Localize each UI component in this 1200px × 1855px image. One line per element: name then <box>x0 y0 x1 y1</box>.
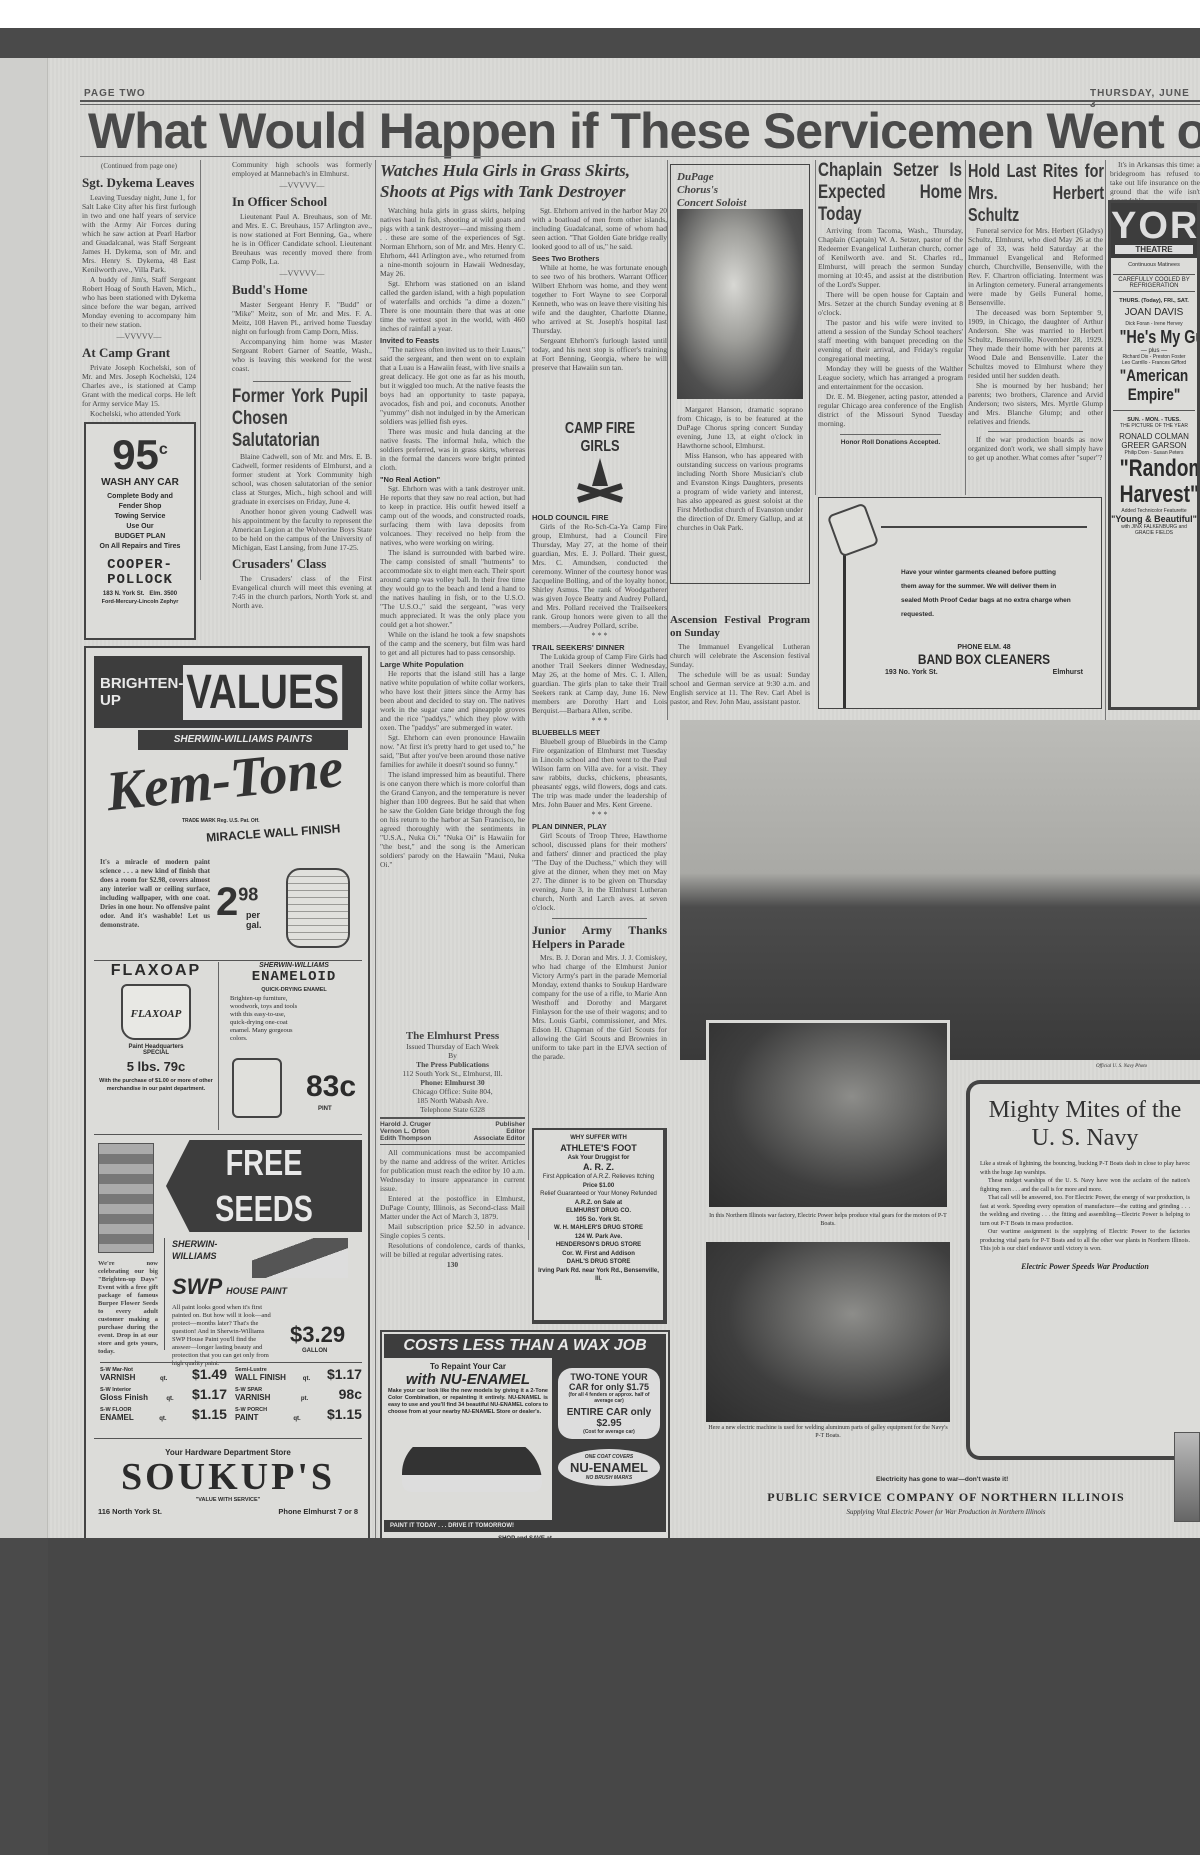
price-row: S-W InteriorGloss Finishqt.$1.17 <box>100 1386 227 1402</box>
story-paragraph: A buddy of Jim's, Staff Sergeant Robert … <box>82 275 196 329</box>
separator: —VVVVV— <box>232 269 372 278</box>
story-headline: Crusaders' Class <box>232 556 372 572</box>
york-theatre-ad: YORK THEATRE Continuous Matinees CAREFUL… <box>1108 200 1200 710</box>
publication-masthead: The Elmhurst Press Issued Thursday of Ea… <box>380 1030 525 1269</box>
rule <box>164 1238 165 1350</box>
story-headline: Junior Army Thanks Helpers in Parade <box>532 923 667 951</box>
story-headline: Hold Last Rites for Mrs. Herbert Schultz <box>968 160 1104 226</box>
utility-tagline: Supplying Vital Electric Power for War P… <box>736 1508 1156 1516</box>
car-illustration <box>402 1436 542 1492</box>
column-rule <box>200 160 201 580</box>
scan-bottom-border <box>48 1538 1200 1855</box>
conservation-note: Electricity has gone to war—don't waste … <box>876 1476 1008 1483</box>
photo-caption: Here a new electric machine is used for … <box>706 1424 950 1440</box>
separator: —VVVVV— <box>82 332 196 341</box>
column-rule <box>965 160 966 495</box>
column-rule <box>667 160 668 720</box>
story-paragraph: Funeral service for Mrs. Herbert (Gladys… <box>968 226 1103 307</box>
column-1: (Continued from page one) Sgt. Dykema Le… <box>82 162 196 419</box>
price-row: S-W Mar-NotVARNISHqt.$1.49 <box>100 1366 227 1382</box>
hula-headline: Watches Hula Girls in Grass Skirts, Shoo… <box>380 160 670 202</box>
factory-photo-1 <box>706 1020 950 1210</box>
price-list: S-W Mar-NotVARNISHqt.$1.49 Semi-LustreWA… <box>100 1366 362 1422</box>
nu-enamel-banner: COSTS LESS THAN A WAX JOB <box>384 1334 666 1358</box>
kem-tone-desc: It's a miracle of modern paint science .… <box>100 858 210 930</box>
club-news: HOLD COUNCIL FIRE Girls of the Ro-Sch-Ca… <box>532 510 667 1062</box>
story-paragraph: Master Sergeant Henry F. "Budd" or "Mike… <box>232 300 372 336</box>
filler-paragraph: If the war production boards as now orga… <box>968 435 1103 462</box>
photo-caption: In this Northern Illinois war factory, E… <box>706 1212 950 1228</box>
mighty-mites-panel: Mighty Mites of the U. S. Navy Like a st… <box>966 1080 1200 1460</box>
paint-jar-icon <box>286 868 350 948</box>
car-wash-services: Complete Body andFender ShopTowing Servi… <box>90 492 190 552</box>
story-paragraph: Sgt. Ehrhorn can even pronounce Hawaiin … <box>380 733 525 769</box>
subhead: Large White Population <box>380 660 525 669</box>
story-paragraph: The island impressed him as beautiful. T… <box>380 770 525 869</box>
flaxoap-can-icon: FLAXOAP <box>121 984 191 1040</box>
house-illustration <box>252 1238 348 1278</box>
story-headline: At Camp Grant <box>82 345 196 361</box>
band-box-text: Have your winter garments cleaned before… <box>901 566 1071 622</box>
trademark: TRADE MARK Reg. U.S. Pat. Off. <box>182 818 260 824</box>
honor-roll-note: Honor Roll Donations Accepted. <box>818 439 963 446</box>
story-paragraph: Another honor given young Cadwell was hi… <box>232 507 372 552</box>
story-paragraph: Mrs. B. J. Doran and Mrs. J. J. Comiskey… <box>532 953 667 1061</box>
story-paragraph: There will be open house for Captain and… <box>818 290 963 317</box>
band-box-ad: Have your winter garments cleaned before… <box>818 497 1102 709</box>
story-paragraph: Girls of the Ro-Sch-Ca-Ya Camp Fire grou… <box>532 522 667 630</box>
ad-title: Mighty Mites of the U. S. Navy <box>980 1096 1190 1152</box>
story-paragraph: Sgt. Ehrhorn was with a tank destroyer u… <box>380 484 525 547</box>
subhead: PLAN DINNER, PLAY <box>532 822 667 831</box>
price-unit: per gal. <box>246 910 270 930</box>
seed-packets-image <box>98 1143 154 1253</box>
subhead: Sees Two Brothers <box>532 254 667 263</box>
flaxoap-section: FLAXOAP FLAXOAP Paint Headquarters SPECI… <box>94 962 219 1130</box>
pt-boats-photo <box>680 720 1200 1060</box>
story-paragraph: The Crusaders' class of the First Evange… <box>232 574 372 610</box>
pt-boat-ad: Official U. S. Navy Photo In this Northe… <box>676 712 1200 1618</box>
story-paragraph: Private Joseph Kochelski, son of Mr. and… <box>82 363 196 408</box>
subhead: "No Real Action" <box>380 475 525 484</box>
hula-story-col-b: Sgt. Ehrhorn arrived in the harbor May 2… <box>532 206 667 373</box>
story-paragraph: The Lukida group of Camp Fire Girls had … <box>532 652 667 715</box>
ascension-story: Ascension Festival Program on Sunday The… <box>670 610 810 707</box>
story-paragraph: Bluebell group of Bluebirds in the Camp … <box>532 737 667 809</box>
story-paragraph: The pastor and his wife were invited to … <box>818 318 963 363</box>
kem-tone-tagline: MIRACLE WALL FINISH <box>206 821 341 844</box>
folio-left: PAGE TWO <box>84 88 146 99</box>
column-rule <box>528 300 529 1240</box>
athletes-foot-ad: WHY SUFFER WITH ATHLETE'S FOOT Ask Your … <box>532 1128 667 1324</box>
story-paragraph: Leaving Tuesday night, June 1, for Salt … <box>82 193 196 274</box>
rule <box>94 960 362 961</box>
staff-list: Harold J. CrugerPublisher Vernon L. Orto… <box>380 1117 525 1145</box>
story-paragraph: Dr. E. M. Biegener, acting pastor, atten… <box>818 392 963 428</box>
story-paragraph: Sergeant Ehrhorn's furlough lasted until… <box>532 336 667 372</box>
story-paragraph: Community high schools was formerly empl… <box>232 160 372 178</box>
subhead: HOLD COUNCIL FIRE <box>532 513 667 522</box>
brighten-up-banner: BRIGHTEN-UP VALUES <box>94 656 362 728</box>
soloist-portrait <box>677 209 803 399</box>
nu-enamel-footer: PAINT IT TODAY . . . DRIVE IT TOMORROW! <box>384 1520 666 1532</box>
story-paragraph: Accompanying him home was Master Sergean… <box>232 337 372 373</box>
campfire-icon <box>570 456 630 506</box>
price-row: Semi-LustreWALL FINISHqt.$1.17 <box>235 1366 362 1382</box>
car-wash-ad: 95c WASH ANY CAR Complete Body andFender… <box>84 422 196 640</box>
story-paragraph: Sgt. Ehrhorn arrived in the harbor May 2… <box>532 206 667 251</box>
story-headline: Budd's Home <box>232 282 372 298</box>
rule <box>94 1438 362 1439</box>
rule <box>100 1362 362 1363</box>
headline-rule <box>80 156 1200 157</box>
story-paragraph: While at home, he was fortunate enough t… <box>532 263 667 335</box>
filler-paragraph: It's in Arkansas this time: a bridegroom… <box>1110 160 1200 205</box>
story-paragraph: She is mourned by her husband; her paren… <box>968 381 1103 426</box>
story-paragraph: Watching hula girls in grass skirts, hel… <box>380 206 525 278</box>
schultz-story: Hold Last Rites for Mrs. Herbert Schultz… <box>968 160 1103 463</box>
dealer-address: 183 N. York St. Elm. 3500 <box>90 591 190 597</box>
price-row: S-W PORCHPAINTqt.$1.15 <box>235 1406 362 1422</box>
story-paragraph: The Immanuel Evangelical Lutheran church… <box>670 642 810 669</box>
car-wash-price: 95c <box>90 430 190 475</box>
ad-slogan: Electric Power Speeds War Production <box>980 1262 1190 1271</box>
camp-fire-girls-logo: CAMP FIRE GIRLS <box>535 420 665 500</box>
story-paragraph: Girl Scouts of Troop Three, Hawthorne sc… <box>532 831 667 912</box>
story-paragraph: Lieutenant Paul A. Breuhaus, son of Mr. … <box>232 212 372 266</box>
subhead: Invited to Feasts <box>380 336 525 345</box>
story-paragraph: Sgt. Ehrhorn was stationed on an island … <box>380 279 525 333</box>
separator: —VVVVV— <box>232 181 372 190</box>
photo-caption: Margaret Hanson, dramatic soprano from C… <box>677 405 803 450</box>
dealer-name: COOPER-POLLOCK <box>90 558 190 588</box>
free-seeds-desc: We're now celebrating our big "Brighten-… <box>98 1260 158 1356</box>
subhead: BLUEBELLS MEET <box>532 728 667 737</box>
rule <box>253 381 351 382</box>
story-paragraph: The schedule will be as usual: Sunday sc… <box>670 670 810 706</box>
story-paragraph: While on the island he took a few snapsh… <box>380 630 525 657</box>
chaplain-story: Chaplain Setzer Is Expected Home Today A… <box>818 160 963 446</box>
story-paragraph: Kochelski, who attended York <box>82 409 196 418</box>
enameloid-can-icon <box>232 1058 282 1118</box>
story-headline: Former York Pupil Chosen Salutatorian <box>232 386 368 452</box>
sherwin-williams-ad: BRIGHTEN-UP VALUES SHERWIN-WILLIAMS PAIN… <box>84 646 370 1618</box>
hula-story-col-a: Watching hula girls in grass skirts, hel… <box>380 206 525 870</box>
offer-panel: TWO-TONE YOUR CAR for only $1.75 (for al… <box>552 1358 666 1520</box>
subhead: TRAIL SEEKERS' DINNER <box>532 643 667 652</box>
car-wash-title: WASH ANY CAR <box>90 477 190 488</box>
column-rule <box>1105 160 1106 760</box>
price-row: S-W FLOORENAMELqt.$1.15 <box>100 1406 227 1422</box>
story-headline: Ascension Festival Program on Sunday <box>670 614 810 640</box>
story-paragraph: Monday they will be guests of the Walthe… <box>818 364 963 391</box>
dealer-brands: Ford-Mercury-Lincoln Zephyr <box>90 599 190 605</box>
banner-headline: What Would Happen if These Servicemen We… <box>88 102 1200 160</box>
story-paragraph: The deceased was born September 9, 1909,… <box>968 308 1103 380</box>
column-rule <box>375 160 376 1645</box>
story-headline: In Officer School <box>232 194 372 210</box>
utility-company-name: PUBLIC SERVICE COMPANY OF NORTHERN ILLIN… <box>736 1490 1156 1505</box>
story-paragraph: The island is surrounded with barbed wir… <box>380 548 525 629</box>
store-footer: Your Hardware Department Store SOUKUP'S … <box>94 1448 362 1516</box>
story-paragraph: He reports that the island still has a l… <box>380 669 525 732</box>
factory-photo-2 <box>706 1242 950 1422</box>
column-2: Community high schools was formerly empl… <box>232 160 372 611</box>
page-binding-edge <box>0 58 48 1538</box>
swp-section: SHERWIN-WILLIAMS SWP HOUSE PAINT All pai… <box>172 1238 362 1368</box>
story-paragraph: Blaine Cadwell, son of Mr. and Mrs. E. B… <box>232 452 372 506</box>
story-paragraph: Miss Hanson, who has appeared with outst… <box>677 451 803 532</box>
union-label: 130 <box>380 1260 525 1269</box>
photo-credit: Official U. S. Navy Photo <box>1096 1064 1147 1069</box>
story-headline: Sgt. Dykema Leaves <box>82 175 196 191</box>
story-headline: Chaplain Setzer Is Expected Home Today <box>818 160 962 226</box>
story-paragraph: "The natives often invited us to their L… <box>380 345 525 426</box>
rule <box>94 1134 362 1135</box>
story-paragraph: Arriving from Tacoma, Wash., Thursday, C… <box>818 226 963 289</box>
continued-note: (Continued from page one) <box>82 162 196 171</box>
enameloid-section: SHERWIN-WILLIAMS ENAMELOID QUICK-DRYING … <box>226 962 362 1130</box>
column-rule <box>815 160 816 495</box>
story-paragraph: There was music and hula dancing at the … <box>380 427 525 472</box>
free-seeds-banner: FREE SEEDS THIS WEEK ONLY <box>166 1140 362 1232</box>
soldier-poster-icon <box>1174 1432 1200 1522</box>
chorus-box: DuPage Chorus's Concert Soloist Margaret… <box>670 164 810 584</box>
garment-bag-icon <box>827 502 880 557</box>
price-row: S-W SPARVARNISHpt.98c <box>235 1386 362 1402</box>
